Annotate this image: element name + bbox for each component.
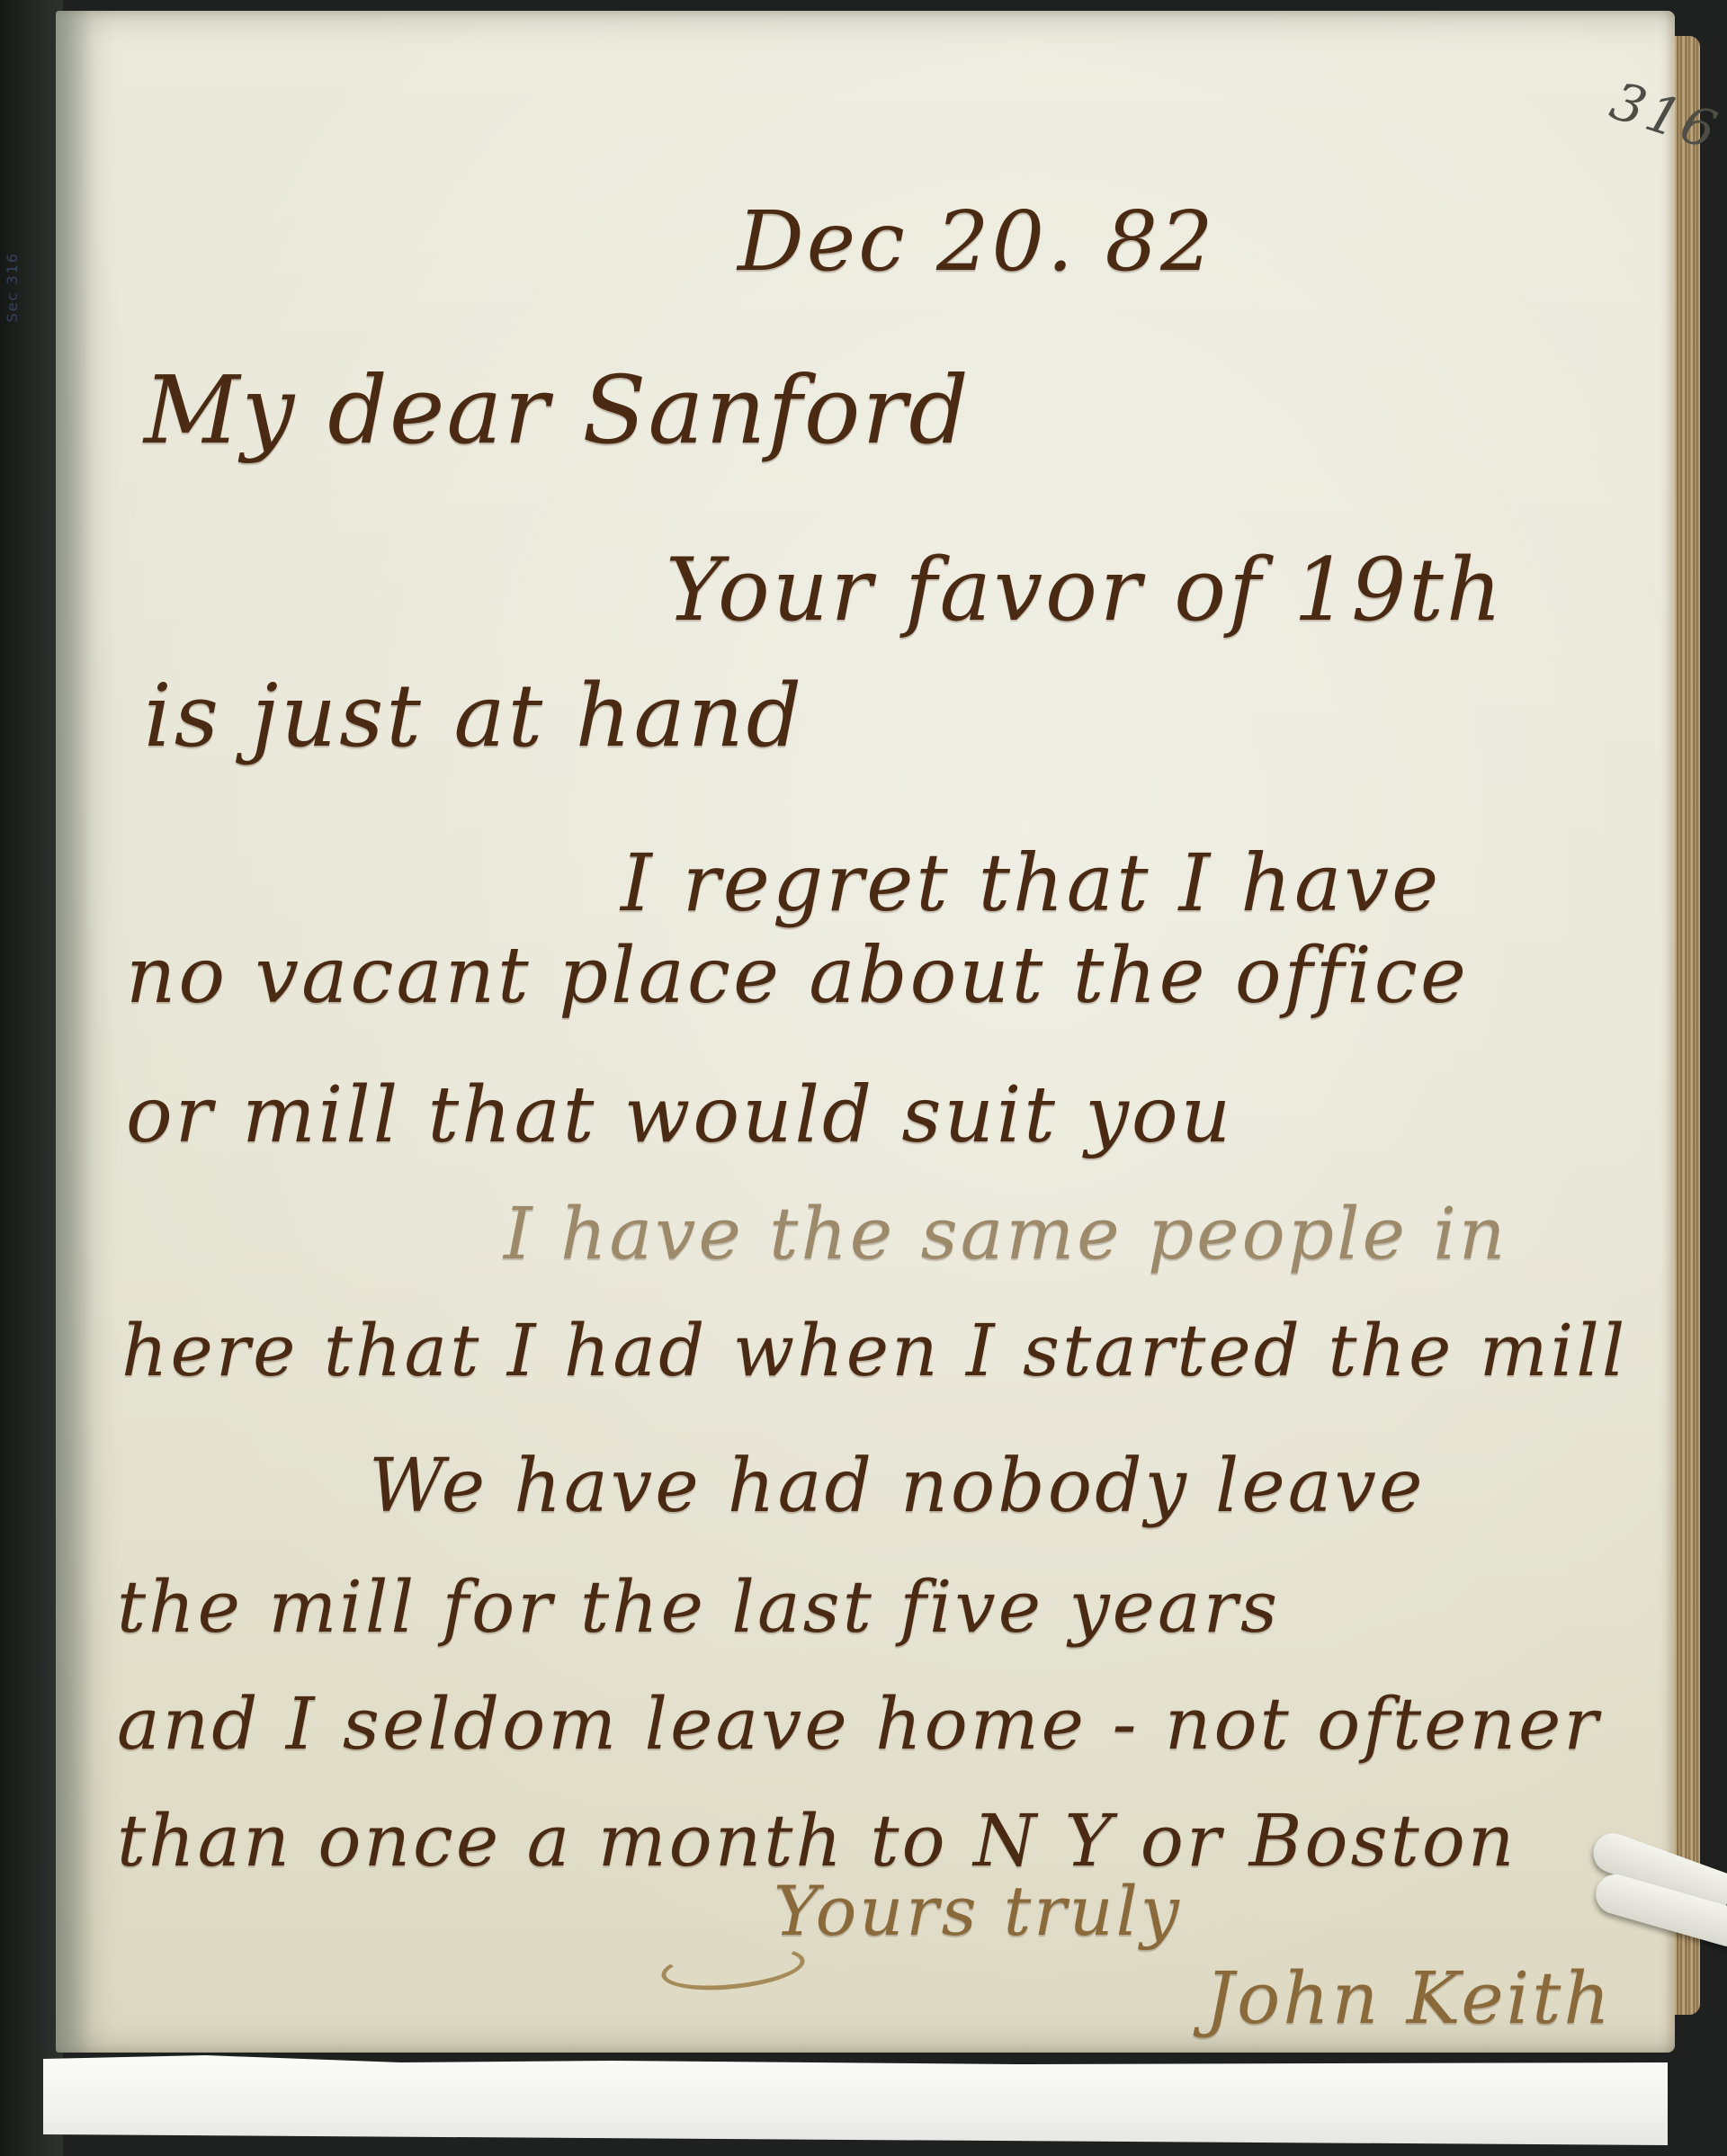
- signature: John Keith: [1205, 1956, 1613, 2040]
- body-line: Your favor of 19th: [666, 540, 1505, 640]
- salutation: My dear Sanford: [144, 355, 971, 465]
- book-binding: Sec 316: [0, 0, 63, 2156]
- body-line: here that I had when I started the mill: [121, 1309, 1627, 1392]
- body-line: or mill that would suit you: [126, 1070, 1233, 1160]
- body-line: is just at hand: [144, 666, 804, 766]
- closing: Yours truly: [774, 1871, 1182, 1951]
- body-line: We have had nobody leave: [369, 1444, 1425, 1529]
- binding-margin-note: Sec 316: [4, 252, 40, 322]
- body-line: I regret that I have: [621, 836, 1441, 929]
- body-line: no vacant place about the office: [126, 931, 1469, 1021]
- body-line: I have the same people in: [504, 1192, 1508, 1275]
- body-line: and I seldom leave home - not oftener: [117, 1682, 1601, 1766]
- blotter-paper-strip: [43, 2055, 1668, 2145]
- gutter-shadow: [56, 11, 92, 2053]
- body-line: the mill for the last five years: [117, 1565, 1280, 1649]
- letter-date: Dec 20. 82: [738, 193, 1216, 290]
